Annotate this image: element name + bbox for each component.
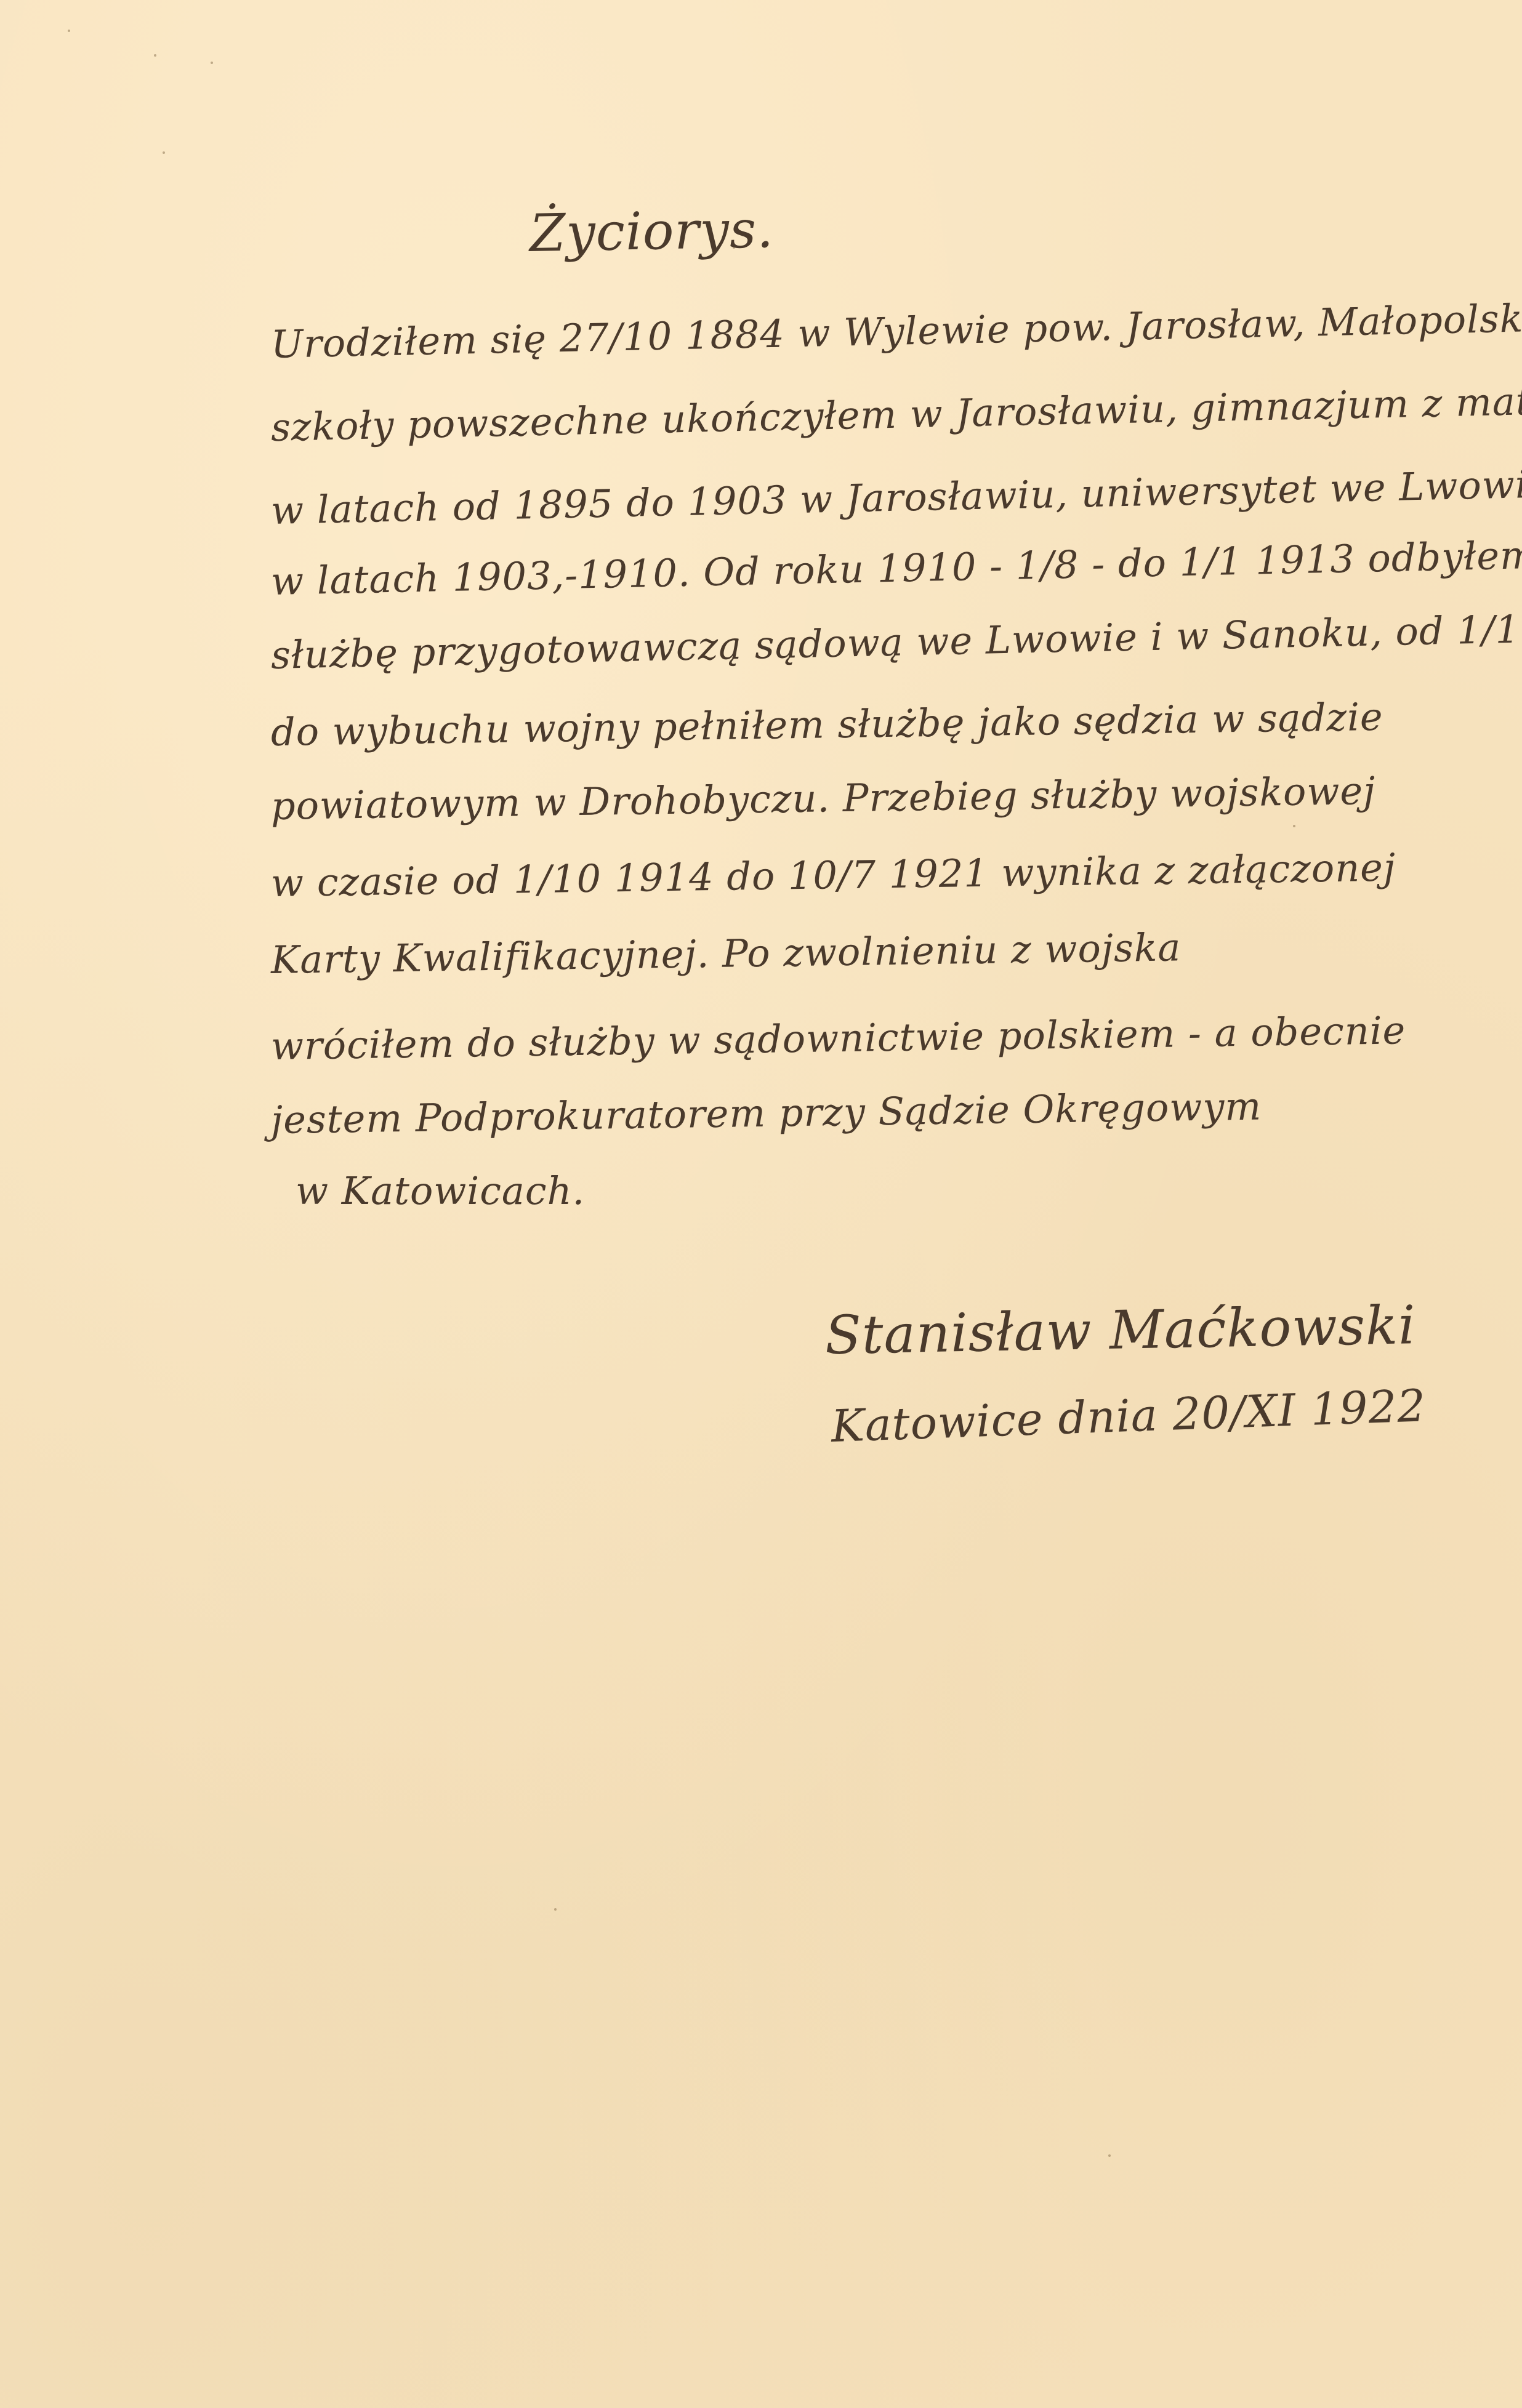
signature: Stanisław Maćkowski [824, 1294, 1416, 1367]
paper-background [0, 0, 1522, 2408]
document-title: Życiorys. [529, 199, 774, 263]
paper-speck [1108, 2154, 1111, 2157]
paper-speck [211, 62, 213, 64]
paper-speck [154, 54, 156, 57]
paper-speck [163, 151, 165, 154]
paper-speck [1293, 825, 1295, 827]
paper-speck [68, 30, 70, 32]
body-line: w Katowicach. [296, 1166, 585, 1216]
paper-speck [554, 1908, 557, 1911]
